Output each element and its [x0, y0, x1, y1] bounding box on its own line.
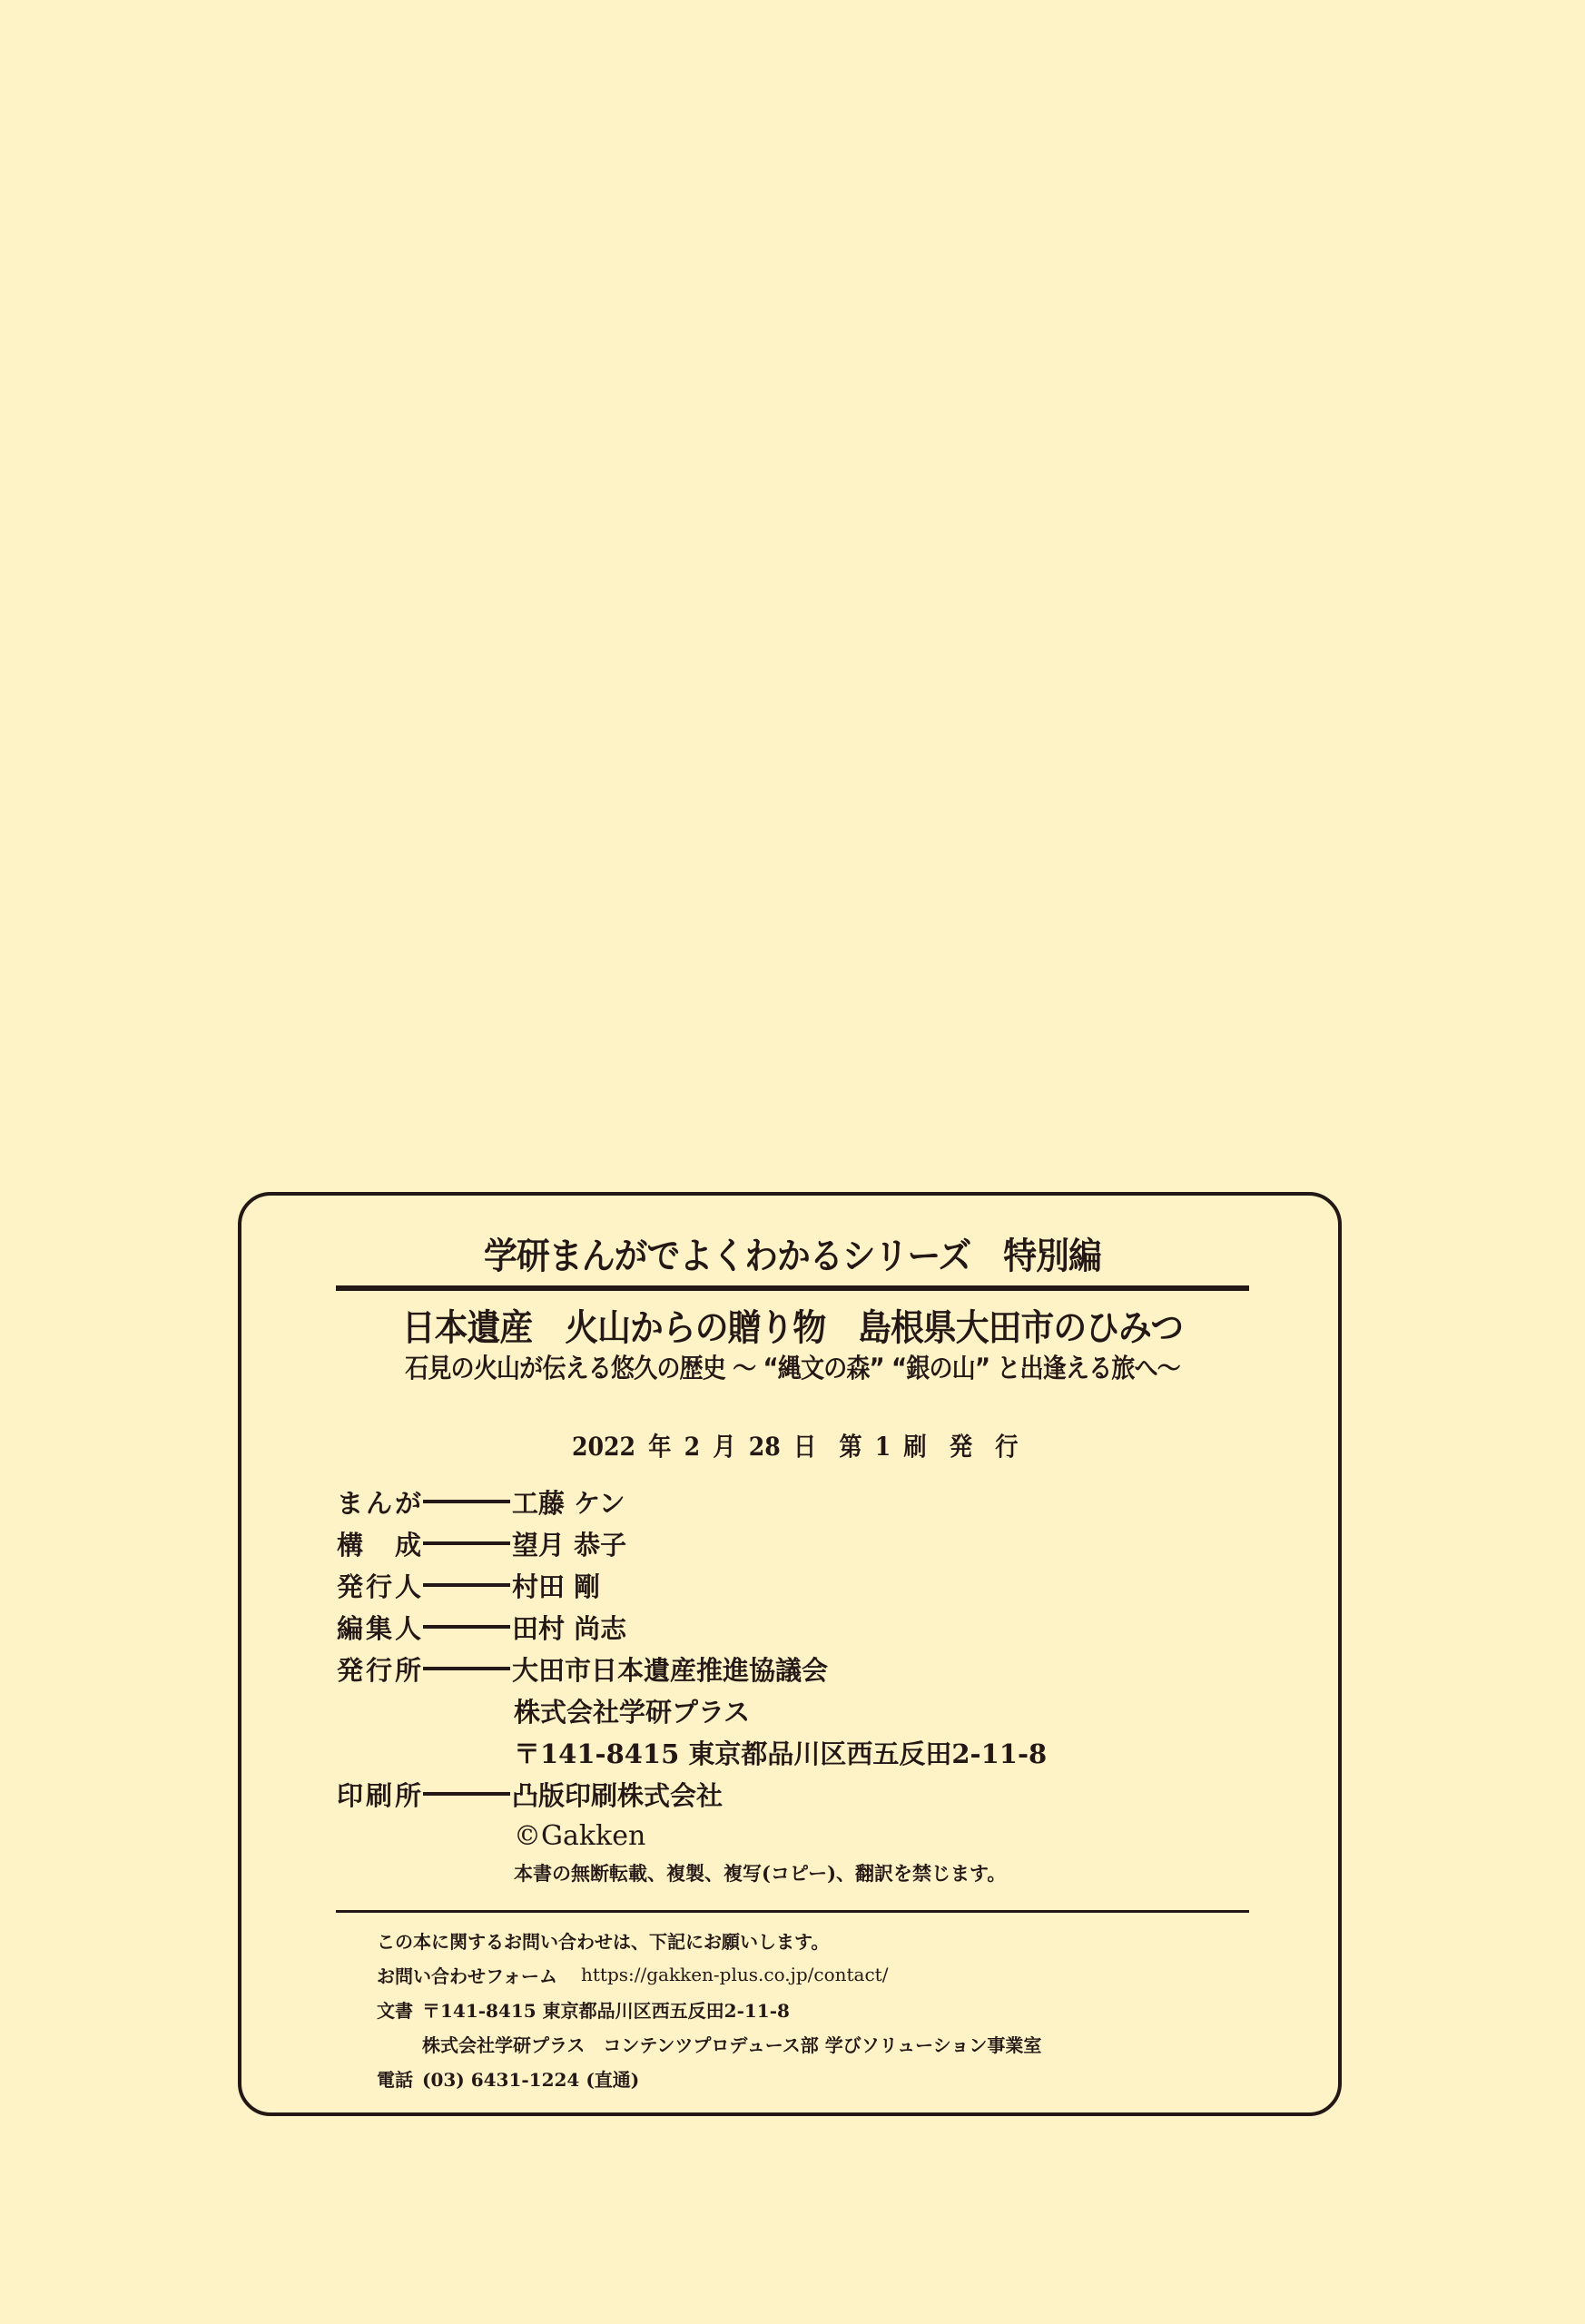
- contact-mail-row: 文書 〒141-8415 東京都品川区西五反田2-11-8: [377, 1992, 1041, 2026]
- dash-leader: [423, 1792, 510, 1796]
- title-divider: [336, 1285, 1249, 1291]
- dash-leader: [423, 1583, 510, 1587]
- credit-label: 編集人: [337, 1609, 421, 1646]
- credit-value: 凸版印刷株式会社: [512, 1776, 723, 1813]
- contact-section: この本に関するお問い合わせは、下記にお願いします。 お問い合わせフォーム htt…: [377, 1923, 1041, 2095]
- dash-leader: [423, 1541, 510, 1545]
- contact-phone-row: 電話 (03) 6431-1224 (直通): [377, 2061, 1041, 2095]
- notice-text: 本書の無断転載、複製、複写(コピー)、翻訳を禁じます。: [514, 1859, 1006, 1886]
- credit-value: 村田 剛: [512, 1567, 600, 1604]
- credit-row-printer: 印刷所 凸版印刷株式会社: [337, 1773, 1047, 1815]
- contact-department: 株式会社学研プラス コンテンツプロデュース部 学びソリューション事業室: [422, 2031, 1041, 2057]
- book-subtitle: 石見の火山が伝える悠久の歴史 ～ “縄文の森” “銀の山” と出逢える旅へ～: [79, 1348, 1505, 1385]
- contact-department-row: 株式会社学研プラス コンテンツプロデュース部 学びソリューション事業室: [377, 2026, 1041, 2061]
- credit-value: 望月 恭子: [512, 1525, 626, 1562]
- credit-row-manga: まんが 工藤 ケン: [337, 1481, 1047, 1522]
- series-title: 学研まんがでよくわかるシリーズ 特別編: [64, 1227, 1521, 1279]
- contact-intro-text: この本に関するお問い合わせは、下記にお願いします。: [377, 1927, 829, 1954]
- credits-list: まんが 工藤 ケン 構成 望月 恭子 発行人 村田 剛 編集人 田村 尚志 発行…: [337, 1481, 1047, 1889]
- contact-intro: この本に関するお問い合わせは、下記にお願いします。: [377, 1923, 1041, 1957]
- contact-form-row: お問い合わせフォーム https://gakken-plus.co.jp/con…: [377, 1957, 1041, 1992]
- dash-leader: [423, 1500, 510, 1503]
- credit-value: 〒141-8415 東京都品川区西五反田2-11-8: [514, 1734, 1047, 1771]
- dash-leader: [423, 1667, 510, 1670]
- contact-phone-number: (03) 6431-1224 (直通): [422, 2065, 639, 2092]
- credit-label: まんが: [337, 1483, 421, 1521]
- credit-row-publishing-office: 発行所 大田市日本遺産推進協議会: [337, 1648, 1047, 1689]
- contact-mail-label: 文書: [377, 1996, 422, 2023]
- credit-label: 発行人: [337, 1567, 421, 1604]
- credit-value: 大田市日本遺産推進協議会: [512, 1650, 828, 1688]
- credit-value: 田村 尚志: [512, 1609, 626, 1646]
- book-title: 日本遺産 火山からの贈り物 島根県大田市のひみつ: [64, 1299, 1521, 1351]
- copyright-text: ©Gakken: [514, 1820, 645, 1852]
- contact-phone-label: 電話: [377, 2065, 422, 2092]
- publisher-address: 〒141-8415 東京都品川区西五反田2-11-8: [337, 1731, 1047, 1773]
- contact-mail-address: 〒141-8415 東京都品川区西五反田2-11-8: [422, 1996, 790, 2023]
- credit-row-editor: 編集人 田村 尚志: [337, 1606, 1047, 1648]
- credit-label: 構成: [337, 1525, 421, 1562]
- publisher-company: 株式会社学研プラス: [337, 1689, 1047, 1731]
- contact-divider: [336, 1910, 1249, 1913]
- dash-leader: [423, 1625, 510, 1629]
- credit-label: 発行所: [337, 1650, 421, 1688]
- contact-form-link[interactable]: https://gakken-plus.co.jp/contact/: [581, 1964, 888, 1985]
- credit-label: 印刷所: [337, 1776, 421, 1813]
- credit-row-publisher-person: 発行人 村田 剛: [337, 1564, 1047, 1606]
- edition-date: 2022 年 2 月 28 日 第 1 刷 発 行: [79, 1427, 1505, 1463]
- copyright-line: ©Gakken: [337, 1815, 1047, 1856]
- credit-value: 工藤 ケン: [512, 1483, 625, 1521]
- contact-form-label: お問い合わせフォーム: [377, 1962, 557, 1988]
- credit-row-composition: 構成 望月 恭子: [337, 1522, 1047, 1564]
- reproduction-notice: 本書の無断転載、複製、複写(コピー)、翻訳を禁じます。: [337, 1856, 1047, 1889]
- credit-value: 株式会社学研プラス: [514, 1692, 750, 1729]
